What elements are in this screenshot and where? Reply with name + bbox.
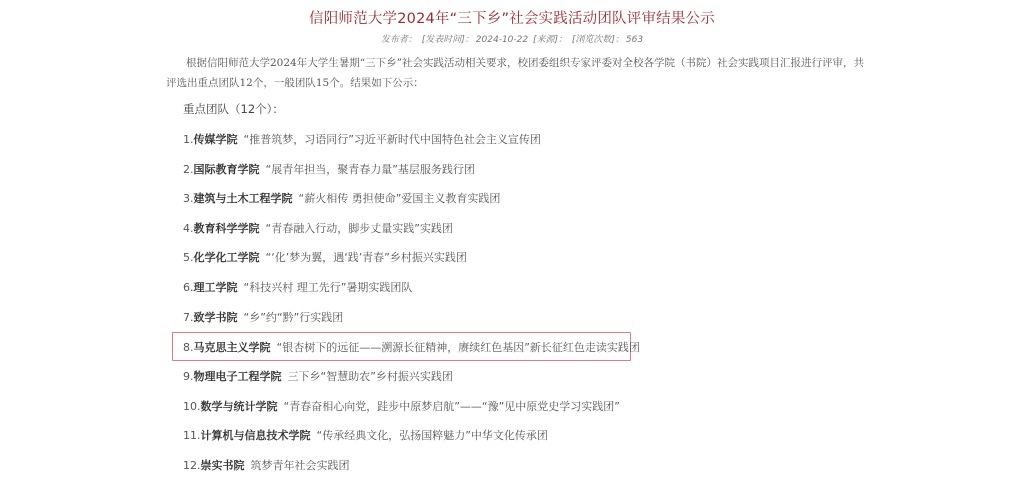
views-label: [浏览次数]： <box>572 35 624 45</box>
team-item: 9.物理电子工程学院三下乡“智慧助农”乡村振兴实践团 <box>183 368 453 384</box>
team-name: “展青年担当，聚青春力量”基层服务践行团 <box>266 163 475 176</box>
college-name: 教育科学学院 <box>194 222 260 235</box>
item-number: 6. <box>183 281 194 294</box>
team-name: “推普筑梦，习语同行”习近平新时代中国特色社会主义宣传团 <box>244 133 541 146</box>
item-number: 8. <box>183 341 194 354</box>
team-item: 4.教育科学学院“青春融入行动，脚步丈量实践”实践团 <box>183 220 453 236</box>
team-item: 6.理工学院“科技兴村 理工先行”暑期实践团队 <box>183 279 412 295</box>
college-name: 数学与统计学院 <box>201 400 278 413</box>
item-number: 7. <box>183 311 194 324</box>
item-number: 11. <box>183 429 201 442</box>
college-name: 化学化工学院 <box>194 251 260 264</box>
item-number: 5. <box>183 251 194 264</box>
team-item: 12.崇实书院筑梦青年社会实践团 <box>183 457 350 473</box>
team-item: 3.建筑与土木工程学院“薪火相传 勇担使命”爱国主义教育实践团 <box>183 190 500 206</box>
team-name: “银杏树下的远征——溯源长征精神，赓续红色基因”新长征红色走读实践团 <box>277 341 640 354</box>
team-item: 7.致学书院“乡”约“黔”行实践团 <box>183 309 343 325</box>
publish-time-label: [发表时间]： <box>422 35 474 45</box>
item-number: 1. <box>183 133 194 146</box>
college-name: 崇实书院 <box>201 459 245 472</box>
item-number: 9. <box>183 370 194 383</box>
item-number: 2. <box>183 163 194 176</box>
college-name: 致学书院 <box>194 311 238 324</box>
team-name: 三下乡“智慧助农”乡村振兴实践团 <box>288 370 453 383</box>
college-name: 传媒学院 <box>194 133 238 146</box>
team-item: 11.计算机与信息技术学院“传承经典文化，弘扬国粹魅力”中华文化传承团 <box>183 427 548 443</box>
publisher-label: 发布者： <box>381 35 417 45</box>
views-count: 563 <box>626 35 643 45</box>
team-item: 2.国际教育学院“展青年担当，聚青春力量”基层服务践行团 <box>183 161 475 177</box>
team-name: “‘化’梦为翼，遇‘践’青春”乡村振兴实践团 <box>266 251 467 264</box>
team-name: “青春奋相心向党，跬步中原梦启航”——“豫”见中原党史学习实践团” <box>284 400 621 413</box>
team-item: 1.传媒学院“推普筑梦，习语同行”习近平新时代中国特色社会主义宣传团 <box>183 131 541 147</box>
team-name: “青春融入行动，脚步丈量实践”实践团 <box>266 222 453 235</box>
team-name: 筑梦青年社会实践团 <box>251 459 350 472</box>
team-item: 10.数学与统计学院“青春奋相心向党，跬步中原梦启航”——“豫”见中原党史学习实… <box>183 398 620 414</box>
intro-paragraph: 根据信阳师范大学2024年大学生暑期“三下乡”社会实践活动相关要求，校团委组织专… <box>166 53 866 93</box>
team-name: “科技兴村 理工先行”暑期实践团队 <box>244 281 413 294</box>
publish-time: 2024-10-22 <box>476 35 528 45</box>
college-name: 理工学院 <box>194 281 238 294</box>
team-name: “传承经典文化，弘扬国粹魅力”中华文化传承团 <box>317 429 548 442</box>
college-name: 马克思主义学院 <box>194 341 271 354</box>
item-number: 10. <box>183 400 201 413</box>
item-number: 3. <box>183 192 194 205</box>
team-item: 5.化学化工学院“‘化’梦为翼，遇‘践’青春”乡村振兴实践团 <box>183 249 467 265</box>
college-name: 国际教育学院 <box>194 163 260 176</box>
source-label: [来源]： <box>533 35 567 45</box>
article-title: 信阳师范大学2024年“三下乡”社会实践活动团队评审结果公示 <box>0 7 1024 28</box>
team-item-highlighted: 8.马克思主义学院“银杏树下的远征——溯源长征精神，赓续红色基因”新长征红色走读… <box>183 339 640 355</box>
article-meta: 发布者： [发表时间]：2024-10-22 [来源]： [浏览次数]：563 <box>0 32 1024 45</box>
college-name: 计算机与信息技术学院 <box>201 429 311 442</box>
team-name: “乡”约“黔”行实践团 <box>244 311 344 324</box>
section-heading: 重点团队（12个）： <box>183 101 284 117</box>
college-name: 物理电子工程学院 <box>194 370 282 383</box>
college-name: 建筑与土木工程学院 <box>194 192 293 205</box>
item-number: 4. <box>183 222 194 235</box>
team-name: “薪火相传 勇担使命”爱国主义教育实践团 <box>299 192 501 205</box>
item-number: 12. <box>183 459 201 472</box>
